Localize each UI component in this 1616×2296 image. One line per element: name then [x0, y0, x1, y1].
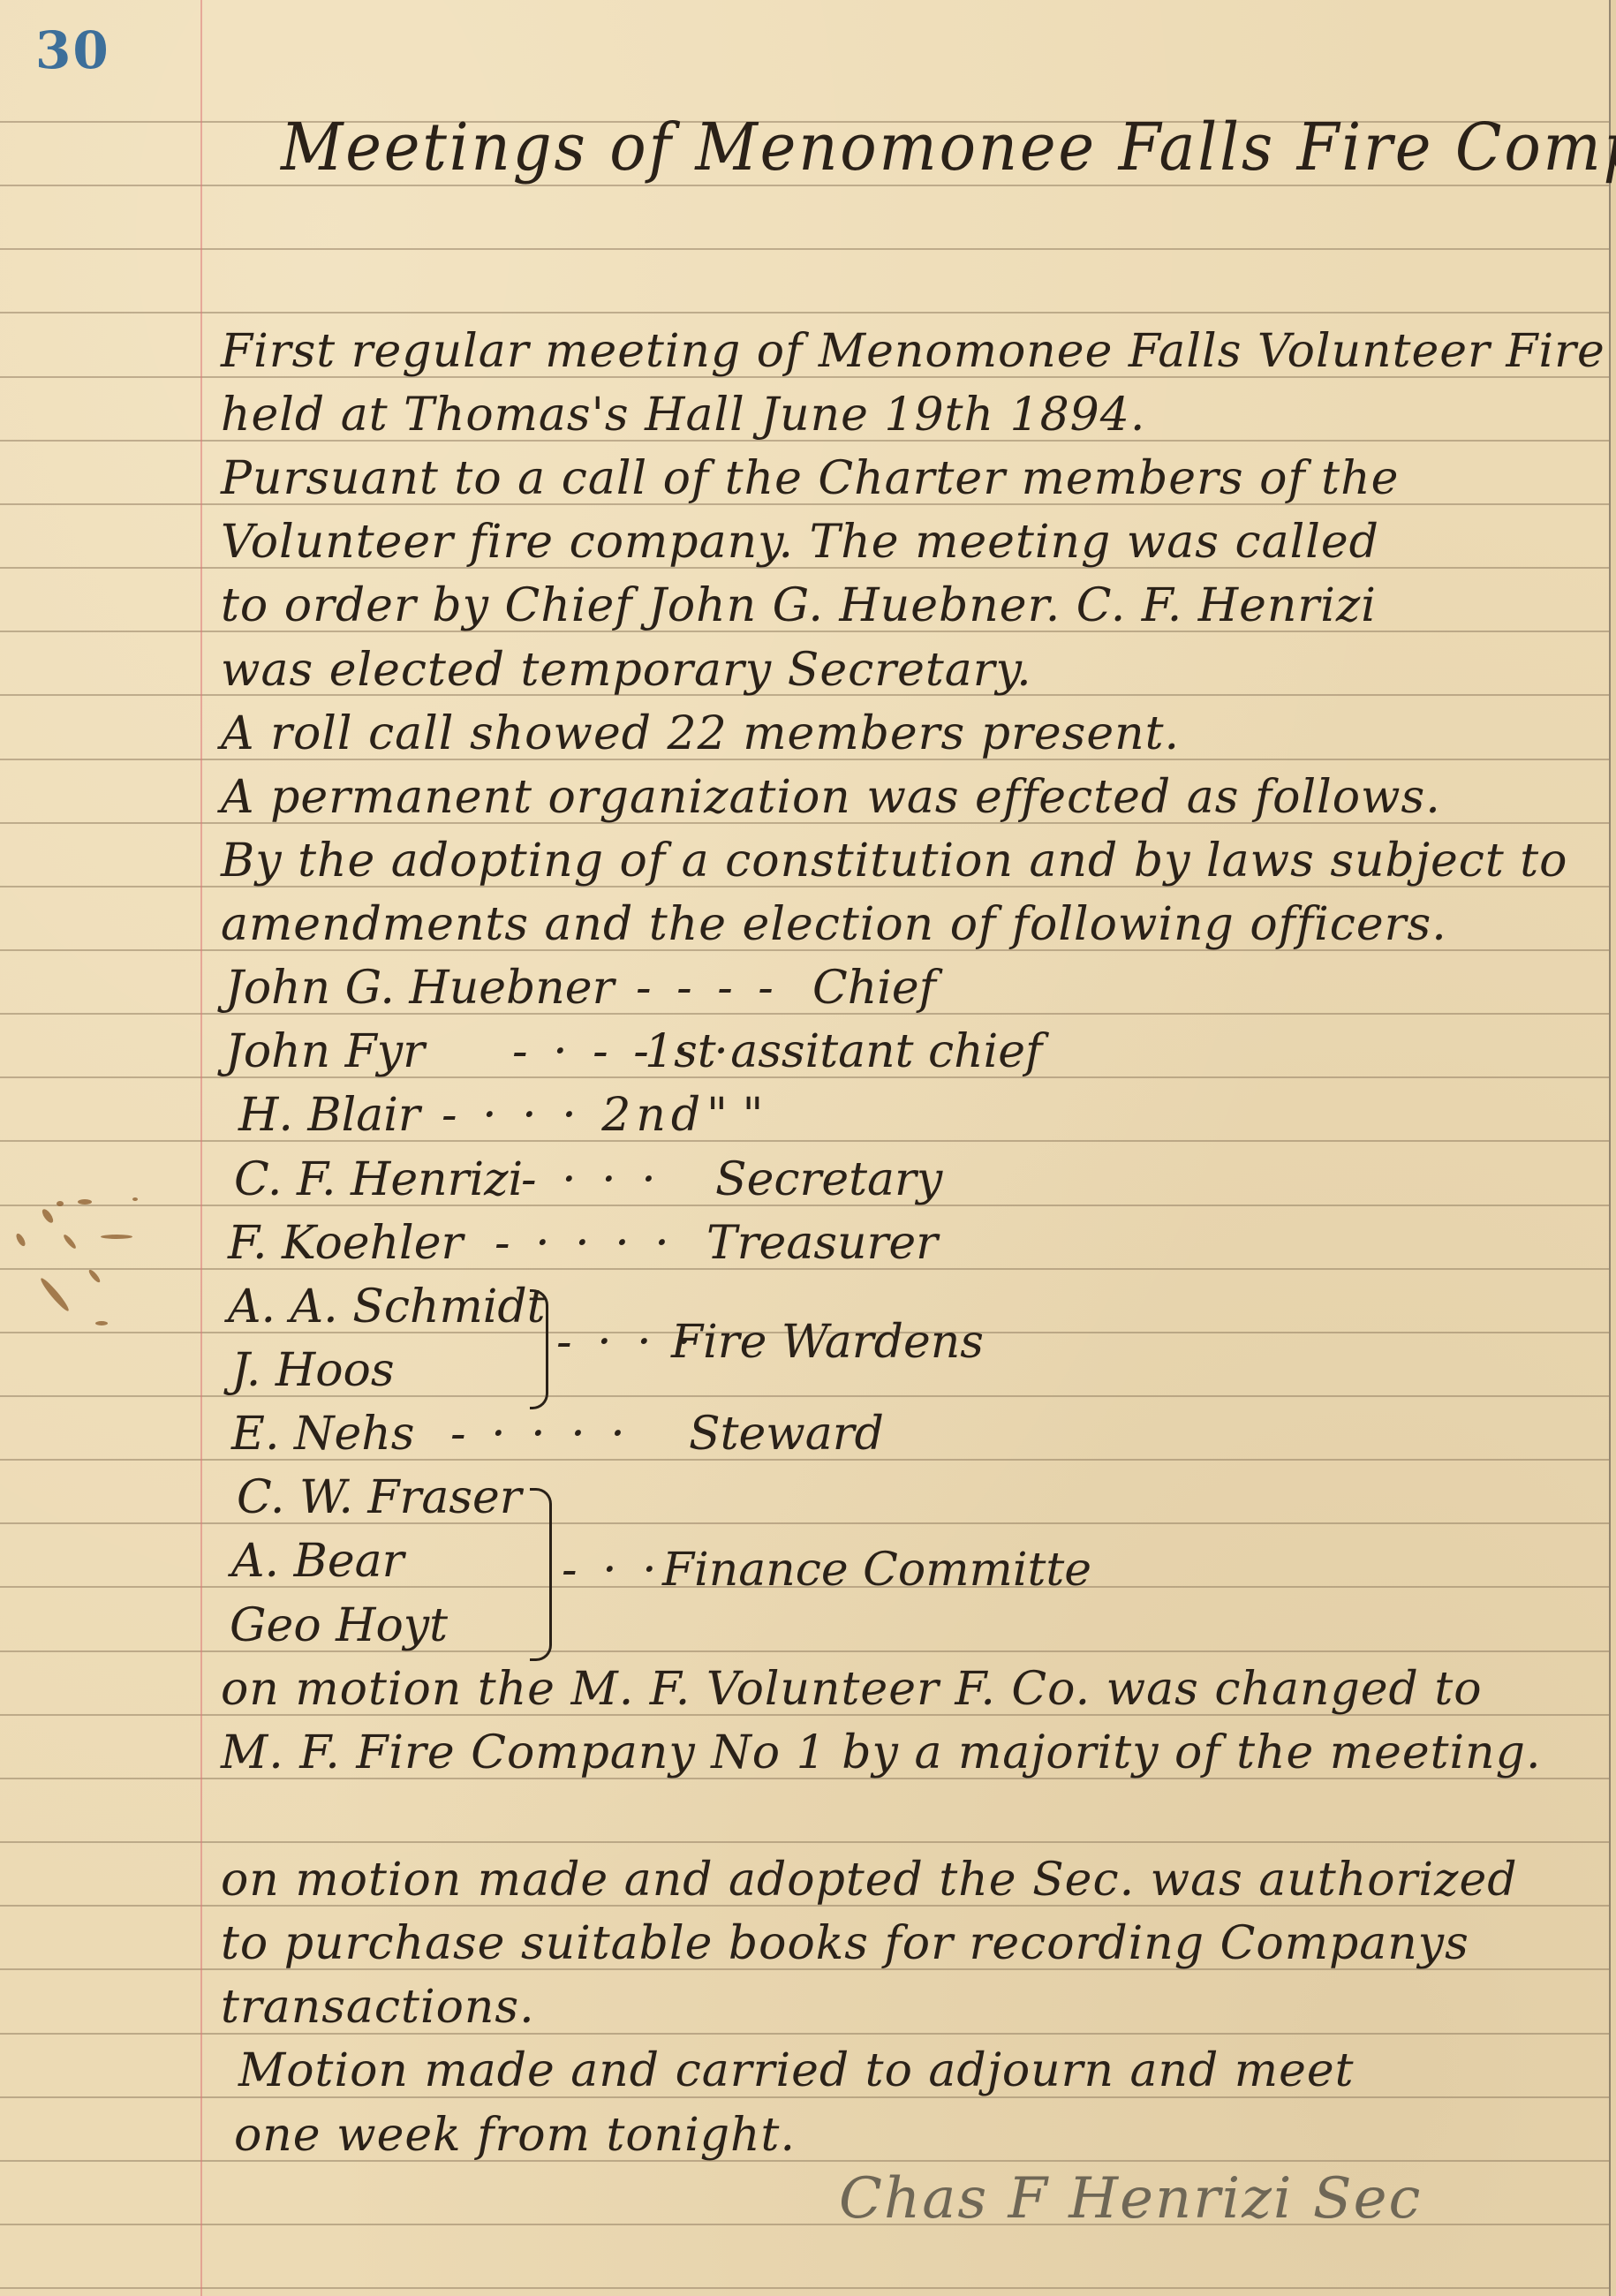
- officer-role: 1st assitant chief: [645, 1029, 1042, 1075]
- ruled-line: [0, 312, 1609, 313]
- group-role: Fire Wardens: [671, 1319, 984, 1365]
- minutes-line: Pursuant to a call of the Charter member…: [221, 456, 1399, 502]
- officer-name: C. F. Henrizi: [234, 1157, 523, 1203]
- officer-name: E. Nehs: [231, 1411, 414, 1457]
- page-number: 30: [35, 25, 110, 76]
- officer-leader: - · · ·: [521, 1157, 661, 1203]
- minutes-line: transactions.: [221, 1984, 535, 2030]
- ledger-page: 30 Meetings of Menomonee Falls Fire Comp…: [0, 0, 1616, 2296]
- officer-role: Steward: [689, 1411, 884, 1457]
- officer-leader: - - - -: [636, 965, 779, 1011]
- officer-role: " ": [706, 1092, 763, 1138]
- fire-warden-name: A. A. Schmidt: [228, 1284, 546, 1330]
- minutes-line: one week from tonight.: [234, 2112, 796, 2158]
- finance-member-name: A. Bear: [231, 1538, 404, 1584]
- officer-name: John G. Huebner: [225, 965, 614, 1011]
- minutes-line: amendments and the election of following…: [221, 902, 1447, 948]
- ruled-line: [0, 1841, 1609, 1843]
- minutes-line: was elected temporary Secretary.: [221, 647, 1032, 693]
- officer-name: John Fyr: [225, 1029, 425, 1075]
- minutes-line: held at Thomas's Hall June 19th 1894.: [221, 392, 1145, 438]
- officer-leader: - · · · 2nd: [442, 1092, 706, 1138]
- secretary-signature: Chas F Henrizi Sec: [839, 2171, 1422, 2227]
- minutes-line: to order by Chief John G. Huebner. C. F.…: [221, 583, 1377, 629]
- officer-leader: - · · · ·: [450, 1411, 631, 1457]
- minutes-line: on motion the M. F. Volunteer F. Co. was…: [221, 1666, 1483, 1712]
- finance-member-name: Geo Hoyt: [230, 1603, 448, 1649]
- officer-leader: - · · · ·: [495, 1220, 675, 1266]
- ruled-line: [0, 2287, 1609, 2289]
- fire-warden-name: J. Hoos: [231, 1348, 395, 1393]
- group-role: Finance Committe: [662, 1547, 1091, 1593]
- officer-role: Chief: [812, 965, 936, 1011]
- minutes-line: on motion made and adopted the Sec. was …: [221, 1857, 1518, 1903]
- margin-rule: [200, 0, 202, 2296]
- minutes-line: A permanent organization was effected as…: [221, 774, 1441, 820]
- bracket-icon: [530, 1488, 552, 1661]
- minutes-line: M. F. Fire Company No 1 by a majority of…: [221, 1730, 1541, 1776]
- finance-member-name: C. W. Fraser: [237, 1475, 522, 1521]
- minutes-line: Motion made and carried to adjourn and m…: [238, 2048, 1355, 2094]
- minutes-line: Volunteer fire company. The meeting was …: [221, 519, 1379, 565]
- minutes-line: A roll call showed 22 members present.: [221, 711, 1180, 757]
- group-leader: - · ·: [562, 1547, 662, 1593]
- officer-name: F. Koehler: [228, 1220, 463, 1266]
- officer-name: H. Blair: [238, 1092, 420, 1138]
- page-title: Meetings of Menomonee Falls Fire Company…: [281, 115, 1616, 180]
- ruled-line: [0, 248, 1609, 250]
- minutes-line: First regular meeting of Menomonee Falls…: [221, 329, 1616, 374]
- officer-role: Secretary: [715, 1157, 942, 1203]
- minutes-line: By the adopting of a constitution and by…: [221, 838, 1567, 884]
- officer-role: Treasurer: [706, 1220, 938, 1266]
- bracket-icon: [530, 1289, 548, 1409]
- minutes-line: to purchase suitable books for recording…: [221, 1921, 1469, 1967]
